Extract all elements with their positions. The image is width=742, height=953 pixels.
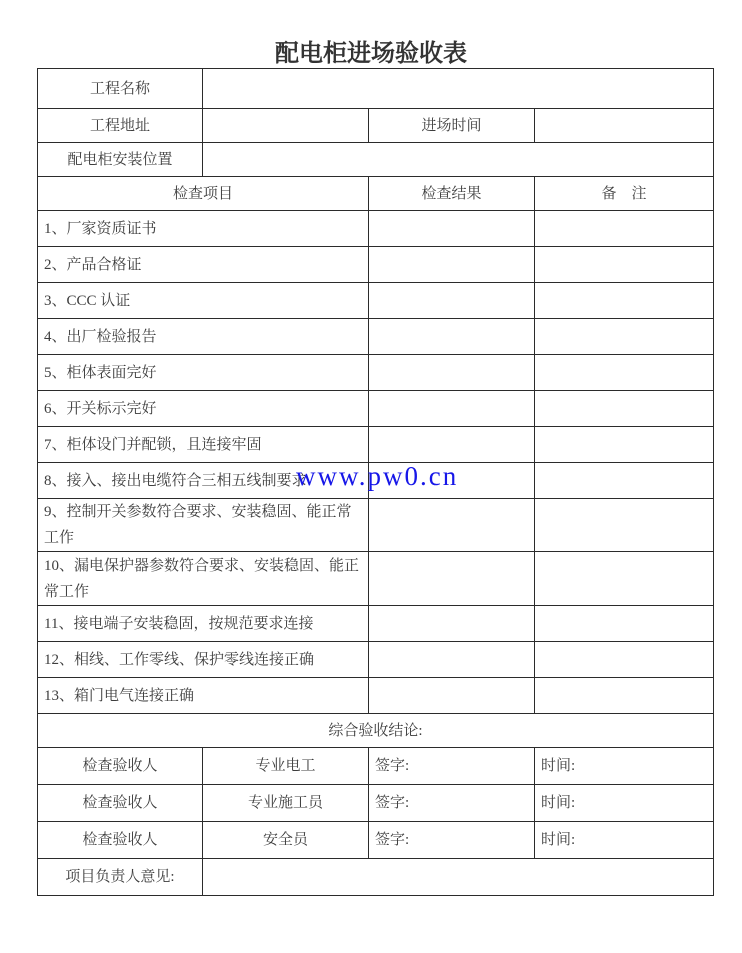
header-result-label: 检查结果 [369, 177, 535, 211]
checklist-item-text: 3、CCC 认证 [38, 283, 369, 319]
project-address-row: 工程地址 进场时间 [38, 109, 714, 143]
result-cell [369, 642, 535, 678]
sign-label-cell: 签字: [369, 748, 535, 785]
signature-row-constructor: 检查验收人 专业施工员 签字: 时间: [38, 785, 714, 822]
result-cell [369, 283, 535, 319]
project-leader-row: 项目负责人意见: [38, 859, 714, 896]
checklist-item-text: 6、开关标示完好 [38, 391, 369, 427]
result-cell [369, 463, 535, 499]
install-location-value-cell [203, 143, 714, 177]
page-title: 配电柜进场验收表 [0, 33, 742, 68]
install-location-row: 配电柜安装位置 [38, 143, 714, 177]
header-item-label: 检查项目 [38, 177, 369, 211]
result-cell [369, 427, 535, 463]
project-name-label: 工程名称 [38, 69, 203, 109]
checklist-row-4: 4、出厂检验报告 [38, 319, 714, 355]
role-label: 专业施工员 [203, 785, 369, 822]
time-label-cell: 时间: [535, 785, 714, 822]
result-cell [369, 355, 535, 391]
time-label-cell: 时间: [535, 748, 714, 785]
checklist-item-text: 12、相线、工作零线、保护零线连接正确 [38, 642, 369, 678]
remark-cell [535, 606, 714, 642]
sign-label-cell: 签字: [369, 822, 535, 859]
result-cell [369, 606, 535, 642]
checklist-row-13: 13、箱门电气连接正确 [38, 678, 714, 714]
checklist-item-text: 9、控制开关参数符合要求、安装稳固、能正常工作 [38, 499, 369, 552]
signature-row-safety-officer: 检查验收人 安全员 签字: 时间: [38, 822, 714, 859]
result-cell [369, 391, 535, 427]
checklist-row-8: 8、接入、接出电缆符合三相五线制要求 [38, 463, 714, 499]
acceptance-form-table: 工程名称 工程地址 进场时间 配电柜安装位置 检查项目 检查结果 备 注 1、厂… [37, 68, 714, 896]
checklist-item-text: 8、接入、接出电缆符合三相五线制要求 [38, 463, 369, 499]
conclusion-label-cell: 综合验收结论: [38, 714, 714, 748]
project-address-value-cell [203, 109, 369, 143]
checklist-item-text: 10、漏电保护器参数符合要求、安装稳固、能正常工作 [38, 552, 369, 606]
checklist-row-7: 7、柜体设门并配锁，且连接牢固 [38, 427, 714, 463]
time-label-cell: 时间: [535, 822, 714, 859]
remark-cell [535, 427, 714, 463]
result-cell [369, 319, 535, 355]
install-location-label: 配电柜安装位置 [38, 143, 203, 177]
checklist-item-text: 1、厂家资质证书 [38, 211, 369, 247]
result-cell [369, 247, 535, 283]
checklist-item-text: 13、箱门电气连接正确 [38, 678, 369, 714]
inspector-label: 检查验收人 [38, 785, 203, 822]
project-name-row: 工程名称 [38, 69, 714, 109]
remark-cell [535, 247, 714, 283]
checklist-row-6: 6、开关标示完好 [38, 391, 714, 427]
remark-cell [535, 642, 714, 678]
result-cell [369, 552, 535, 606]
sign-label-cell: 签字: [369, 785, 535, 822]
remark-cell [535, 283, 714, 319]
remark-cell [535, 552, 714, 606]
project-address-label: 工程地址 [38, 109, 203, 143]
role-label: 安全员 [203, 822, 369, 859]
document-page: 配电柜进场验收表 工程名称 工程地址 进场时间 配电柜安装位置 检查项目 检查结… [0, 0, 742, 953]
checklist-row-5: 5、柜体表面完好 [38, 355, 714, 391]
inspector-label: 检查验收人 [38, 748, 203, 785]
entry-time-label: 进场时间 [369, 109, 535, 143]
signature-row-electrician: 检查验收人 专业电工 签字: 时间: [38, 748, 714, 785]
result-cell [369, 678, 535, 714]
remark-cell [535, 463, 714, 499]
remark-cell [535, 319, 714, 355]
entry-time-value-cell [535, 109, 714, 143]
conclusion-row: 综合验收结论: [38, 714, 714, 748]
header-remark-label: 备 注 [535, 177, 714, 211]
inspector-label: 检查验收人 [38, 822, 203, 859]
remark-cell [535, 391, 714, 427]
checklist-item-text: 11、接电端子安装稳固，按规范要求连接 [38, 606, 369, 642]
checklist-row-2: 2、产品合格证 [38, 247, 714, 283]
checklist-row-12: 12、相线、工作零线、保护零线连接正确 [38, 642, 714, 678]
checklist-row-9: 9、控制开关参数符合要求、安装稳固、能正常工作 [38, 499, 714, 552]
result-cell [369, 211, 535, 247]
checklist-item-text: 2、产品合格证 [38, 247, 369, 283]
checklist-item-text: 4、出厂检验报告 [38, 319, 369, 355]
role-label: 专业电工 [203, 748, 369, 785]
checklist-item-text: 5、柜体表面完好 [38, 355, 369, 391]
project-name-value-cell [203, 69, 714, 109]
remark-cell [535, 678, 714, 714]
checklist-row-11: 11、接电端子安装稳固，按规范要求连接 [38, 606, 714, 642]
checklist-item-text: 7、柜体设门并配锁，且连接牢固 [38, 427, 369, 463]
project-leader-value-cell [203, 859, 714, 896]
project-leader-label: 项目负责人意见: [38, 859, 203, 896]
checklist-row-1: 1、厂家资质证书 [38, 211, 714, 247]
result-cell [369, 499, 535, 552]
remark-cell [535, 211, 714, 247]
remark-cell [535, 355, 714, 391]
checklist-row-3: 3、CCC 认证 [38, 283, 714, 319]
remark-cell [535, 499, 714, 552]
checklist-row-10: 10、漏电保护器参数符合要求、安装稳固、能正常工作 [38, 552, 714, 606]
checklist-header-row: 检查项目 检查结果 备 注 [38, 177, 714, 211]
